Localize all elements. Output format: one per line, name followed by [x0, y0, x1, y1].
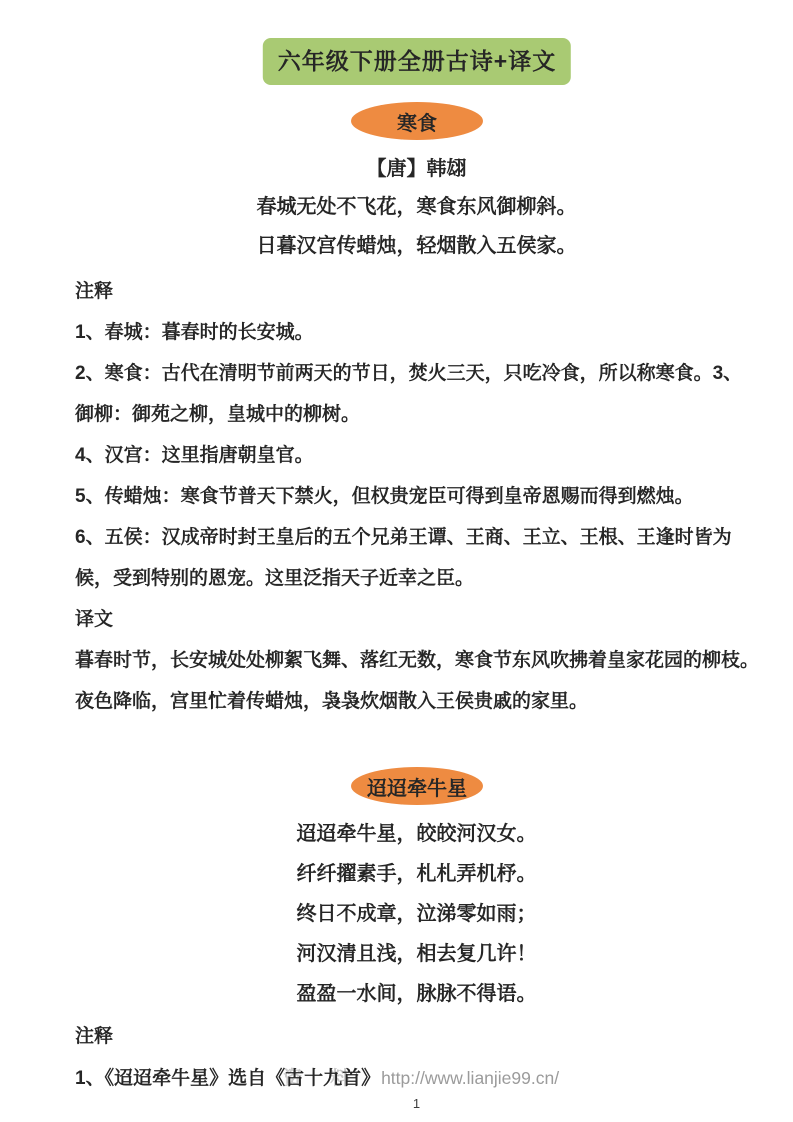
translation-line: 暮春时节，长安城处处柳絮飞舞、落红无数，寒食节东风吹拂着皇家花园的柳枝。	[75, 640, 783, 681]
note-line: 1、《迢迢牵牛星》选自《古十九首》	[75, 1068, 380, 1089]
page-number: 1	[40, 1096, 793, 1111]
note-line: 2、寒食：古代在清明节前两天的节日，焚火三天，只吃冷食，所以称寒食。3、	[75, 353, 783, 394]
notes-heading: 注释	[75, 1027, 113, 1047]
hanshi-notes-and-translation: 注释 1、春城：暮春时的长安城。 2、寒食：古代在清明节前两天的节日，焚火三天，…	[75, 271, 783, 722]
poem-line: 春城无处不飞花，寒食东风御柳斜。	[40, 188, 793, 227]
poem-hanshi: 春城无处不飞花，寒食东风御柳斜。 日暮汉宫传蜡烛，轻烟散入五侯家。	[40, 188, 793, 266]
poem-line: 迢迢牵牛星，皎皎河汉女。	[40, 814, 793, 854]
poem-title-badge-hanshi: 寒食	[351, 102, 483, 140]
poem-title-badge-tiaotiao: 迢迢牵牛星	[351, 767, 483, 805]
poem-author: 【唐】韩翃	[40, 152, 793, 181]
poem-line: 盈盈一水间，脉脉不得语。	[40, 974, 793, 1014]
poem-line: 终日不成章，泣涕零如雨；	[40, 894, 793, 934]
poem-line: 纤纤擢素手，札札弄机杼。	[40, 854, 793, 894]
note-line-with-watermark: 资料1、《迢迢牵牛星》选自《古十九首》http://www.lianjie99.…	[75, 1067, 559, 1090]
poem-tiaotiao: 迢迢牵牛星，皎皎河汉女。 纤纤擢素手，札札弄机杼。 终日不成章，泣涕零如雨； 河…	[40, 814, 793, 1014]
note-line: 4、汉宫：这里指唐朝皇官。	[75, 435, 783, 476]
poem-line: 河汉清且浅，相去复几许！	[40, 934, 793, 974]
note-line: 御柳：御苑之柳，皇城中的柳树。	[75, 394, 783, 435]
document-page: 六年级下册全册古诗+译文 寒食 【唐】韩翃 春城无处不飞花，寒食东风御柳斜。 日…	[0, 0, 793, 1122]
watermark-url: http://www.lianjie99.cn/	[381, 1068, 559, 1088]
notes-heading: 注释	[75, 271, 783, 312]
poem-line: 日暮汉宫传蜡烛，轻烟散入五侯家。	[40, 227, 793, 266]
note-line: 5、传蜡烛：寒食节普天下禁火，但权贵宠臣可得到皇帝恩赐而得到燃烛。	[75, 476, 783, 517]
note-line: 候，受到特别的恩宠。这里泛指天子近幸之臣。	[75, 558, 783, 599]
translation-heading: 译文	[75, 599, 783, 640]
page-title: 六年级下册全册古诗+译文	[263, 38, 571, 85]
note-line: 6、五侯：汉成帝时封王皇后的五个兄弟王谭、王商、王立、王根、王逢时皆为	[75, 517, 783, 558]
note-line: 1、春城：暮春时的长安城。	[75, 312, 783, 353]
translation-line: 夜色降临，宫里忙着传蜡烛，袅袅炊烟散入王侯贵戚的家里。	[75, 681, 783, 722]
